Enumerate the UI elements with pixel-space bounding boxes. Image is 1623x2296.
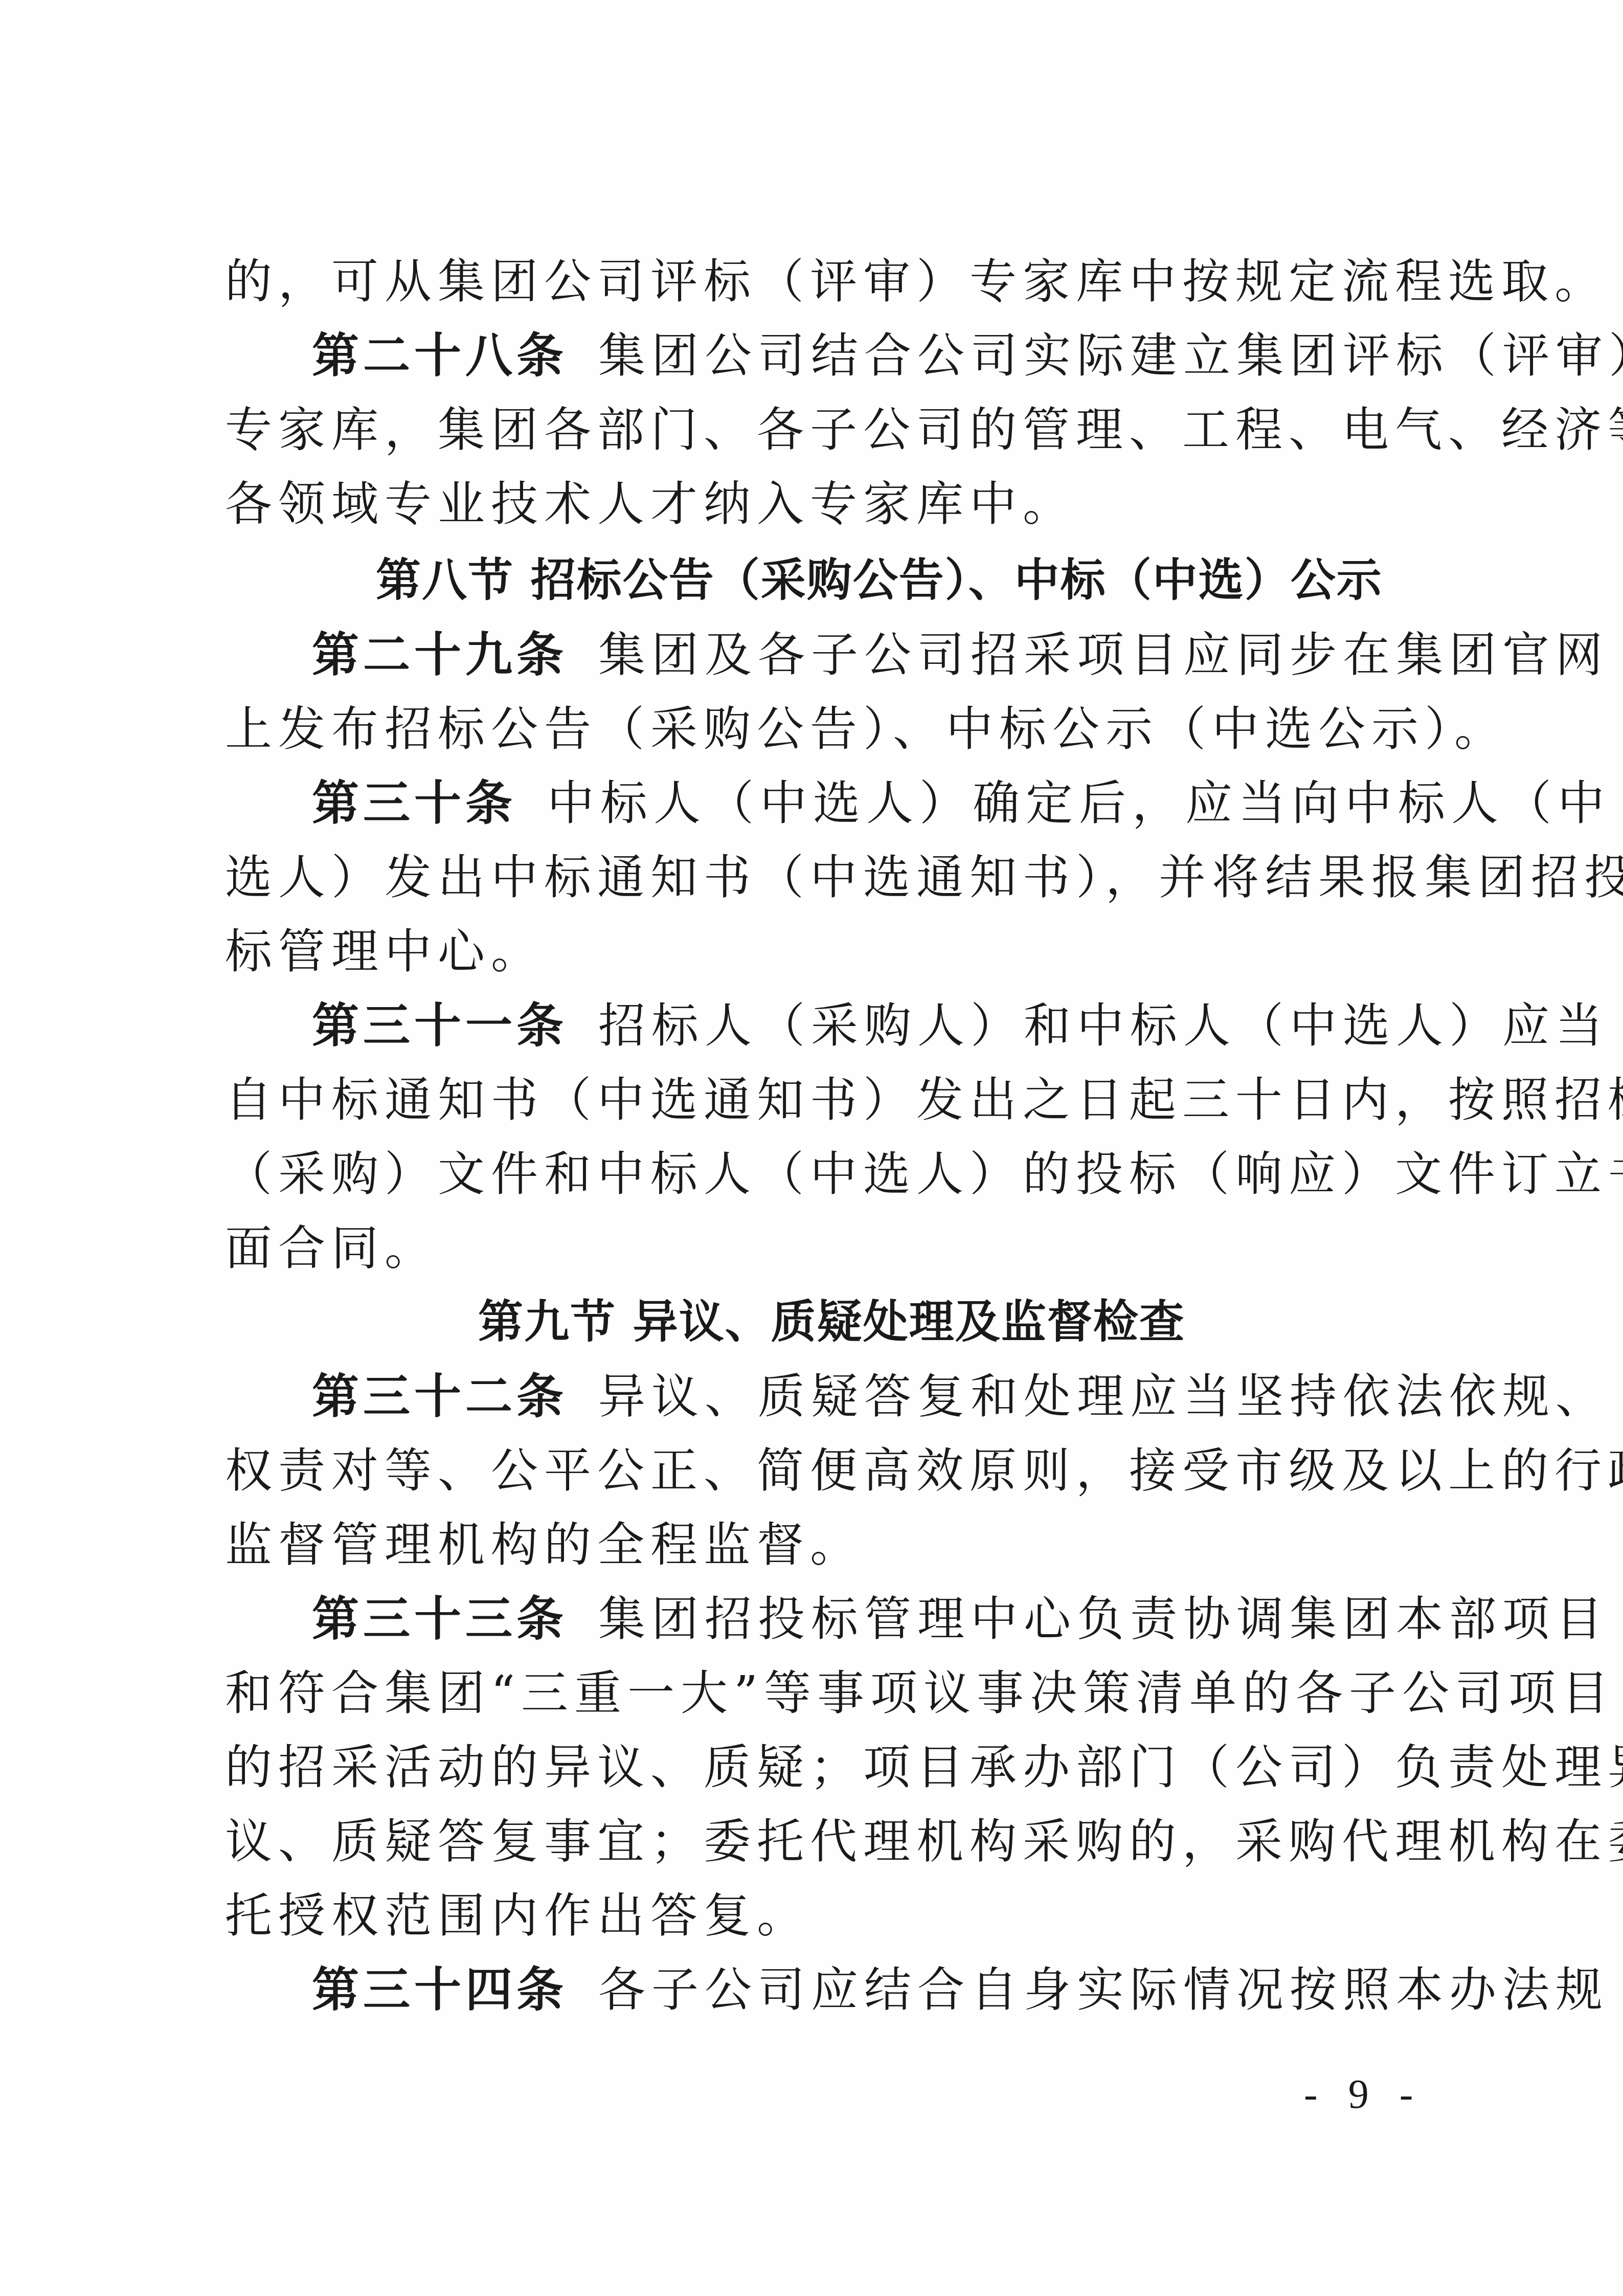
body-line: 的，可从集团公司评标（评审）专家库中按规定流程选取。 [225, 258, 1608, 305]
article-33: 第三十三条集团招投标管理中心负责协调集团本部项目 [312, 1596, 1609, 1643]
article-31: 第三十一条招标人（采购人）和中标人（中选人）应当 [312, 1002, 1609, 1050]
body-line: 上发布招标公告（采购公告）、中标公示（中选公示）。 [225, 706, 1507, 753]
article-label: 第三十二条 [312, 1369, 568, 1424]
article-30: 第三十条中标人（中选人）确定后，应当向中标人（中 [312, 780, 1611, 827]
article-28: 第二十八条集团公司结合公司实际建立集团评标（评审） [312, 332, 1623, 380]
article-34: 第三十四条各子公司应结合自身实际情况按照本办法规 [312, 1967, 1609, 2014]
document-page: 的，可从集团公司评标（评审）专家库中按规定流程选取。 第二十八条集团公司结合公司… [0, 0, 1623, 2296]
body-line: （采购）文件和中标人（中选人）的投标（响应）文件订立书 [225, 1151, 1623, 1198]
body-line: 选人）发出中标通知书（中选通知书），并将结果报集团招投 [225, 854, 1623, 901]
article-label: 第二十八条 [312, 328, 568, 383]
article-text: 集团及各子公司招采项目应同步在集团官网 [598, 628, 1609, 682]
article-text: 招标人（采购人）和中标人（中选人）应当 [598, 998, 1609, 1053]
article-text: 中标人（中选人）确定后，应当向中标人（中 [547, 776, 1611, 831]
body-line: 和符合集团“三重一大”等事项议事决策清单的各子公司项目 [225, 1670, 1615, 1717]
body-line: 的招采活动的异议、质疑；项目承办部门（公司）负责处理异 [225, 1744, 1623, 1791]
body-line: 面合同。 [225, 1225, 438, 1272]
section-heading-9: 第九节 异议、质疑处理及监督检查 [478, 1299, 1185, 1344]
article-text: 集团招投标管理中心负责协调集团本部项目 [598, 1592, 1609, 1646]
body-line: 各领域专业技术人才纳入专家库中。 [225, 481, 1076, 528]
article-label: 第三十四条 [312, 1963, 568, 2017]
article-29: 第二十九条集团及各子公司招采项目应同步在集团官网 [312, 632, 1609, 679]
body-line: 专家库，集团各部门、各子公司的管理、工程、电气、经济等 [225, 407, 1623, 454]
body-line: 自中标通知书（中选通知书）发出之日起三十日内，按照招标 [225, 1077, 1623, 1124]
page-number: - 9 - [1304, 2071, 1423, 2118]
article-text: 异议、质疑答复和处理应当坚持依法依规、 [598, 1369, 1609, 1424]
article-text: 集团公司结合公司实际建立集团评标（评审） [598, 328, 1623, 383]
article-label: 第二十九条 [312, 628, 568, 682]
body-line: 议、质疑答复事宜；委托代理机构采购的，采购代理机构在委 [225, 1818, 1623, 1865]
article-text: 各子公司应结合自身实际情况按照本办法规 [598, 1963, 1609, 2017]
article-label: 第三十条 [312, 776, 516, 831]
body-line: 托授权范围内作出答复。 [225, 1892, 810, 1940]
article-label: 第三十三条 [312, 1592, 568, 1646]
article-32: 第三十二条异议、质疑答复和处理应当坚持依法依规、 [312, 1373, 1609, 1420]
body-line: 监督管理机构的全程监督。 [225, 1522, 863, 1569]
section-heading-8: 第八节 招标公告（采购公告）、中标（中选）公示 [376, 558, 1383, 603]
body-line: 标管理中心。 [225, 928, 544, 975]
article-label: 第三十一条 [312, 998, 568, 1053]
body-line: 权责对等、公平公正、简便高效原则，接受市级及以上的行政 [225, 1447, 1623, 1495]
